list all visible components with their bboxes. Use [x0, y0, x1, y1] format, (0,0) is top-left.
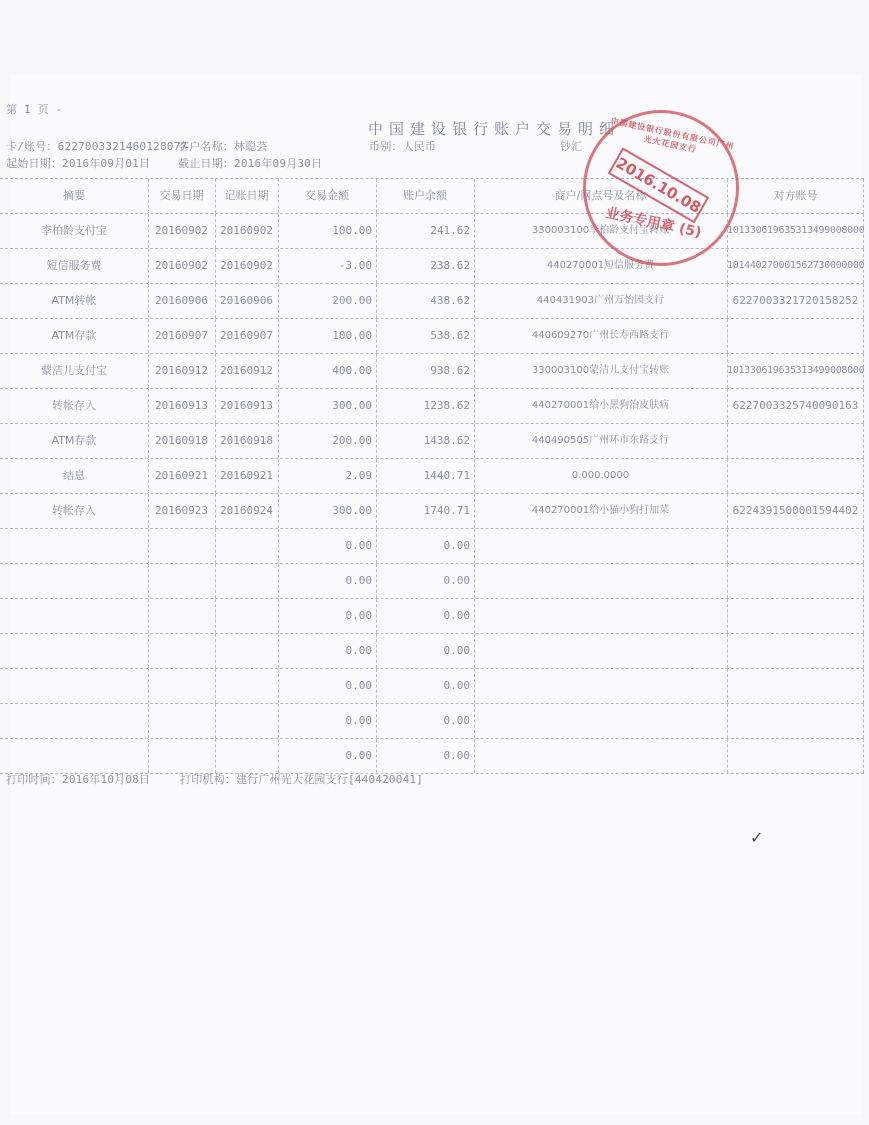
column-divider [278, 354, 279, 388]
start-date-value: 2016年09月01日 [62, 157, 150, 170]
cell-balance: 0.00 [376, 599, 474, 633]
cell-post-date: 20160918 [215, 424, 278, 458]
end-date-label: 截止日期： [178, 157, 234, 170]
transaction-table: 摘要交易日期记账日期交易金额账户余额商户/网点号及名称对方账号李柏龄支付宝201… [0, 178, 864, 774]
column-divider [215, 214, 216, 248]
cell-post-date [215, 564, 278, 598]
column-divider [863, 249, 864, 283]
cell-post-date: 20160902 [215, 249, 278, 283]
header-balance: 账户余额 [376, 179, 474, 213]
cell-post-date [215, 739, 278, 773]
column-divider [474, 179, 475, 213]
currency: 币别：人民币 [369, 138, 436, 154]
table-row: 蒙洁儿支付宝2016091220160912400.00938.62330003… [0, 354, 864, 389]
column-divider [278, 529, 279, 563]
column-divider [278, 704, 279, 738]
cell-balance: 0.00 [376, 669, 474, 703]
cell-trade-date: 20160902 [148, 249, 215, 283]
statement-title: 中国建设银行账户交易明细 [368, 118, 620, 139]
cell-merchant: 330003100蒙洁儿支付宝转账 [474, 354, 727, 388]
cell-summary [0, 564, 148, 598]
cell-post-date: 20160921 [215, 459, 278, 493]
column-divider [278, 634, 279, 668]
cell-merchant: 440270001给小黑狗治皮肤病 [474, 389, 727, 423]
cell-amount: 0.00 [278, 739, 376, 773]
cell-summary: 转帐存入 [0, 494, 148, 528]
cell-counterparty-account: 6224391500001594402 [727, 494, 864, 528]
column-divider [278, 459, 279, 493]
column-divider [376, 704, 377, 738]
print-org: 打印机构：建行广州光大花园支行[440420041] [180, 771, 423, 787]
table-row: 结息20160921201609212.091440.710.000.0000 [0, 459, 864, 494]
cell-counterparty-account [727, 459, 864, 493]
print-time: 打印时间：2016年10月08日 [6, 771, 150, 787]
column-divider [148, 319, 149, 353]
column-divider [863, 564, 864, 598]
column-divider [215, 284, 216, 318]
column-divider [863, 459, 864, 493]
cell-merchant: 440609270广州长寿西路支行 [474, 319, 727, 353]
column-divider [376, 284, 377, 318]
table-row: 0.000.00 [0, 599, 864, 634]
end-date: 截止日期：2016年09月30日 [178, 155, 322, 171]
column-divider [376, 529, 377, 563]
table-row: 转帐存入2016091320160913300.001238.624402700… [0, 389, 864, 424]
cell-amount: 300.00 [278, 389, 376, 423]
column-divider [376, 354, 377, 388]
column-divider [278, 284, 279, 318]
column-divider [148, 284, 149, 318]
customer-value: 林聪芸 [234, 140, 268, 153]
column-divider [278, 214, 279, 248]
cell-amount: 100.00 [278, 214, 376, 248]
column-divider [148, 214, 149, 248]
header-trade-date: 交易日期 [148, 179, 215, 213]
cell-trade-date [148, 634, 215, 668]
column-divider [278, 179, 279, 213]
header-amount: 交易金额 [278, 179, 376, 213]
column-divider [148, 354, 149, 388]
currency-value: 人民币 [403, 140, 437, 153]
table-header-row: 摘要交易日期记账日期交易金额账户余额商户/网点号及名称对方账号 [0, 178, 864, 214]
table-row: 0.000.00 [0, 634, 864, 669]
column-divider [215, 459, 216, 493]
cell-trade-date: 20160907 [148, 319, 215, 353]
column-divider [376, 669, 377, 703]
column-divider [215, 564, 216, 598]
column-divider [148, 634, 149, 668]
cell-merchant: 440270001短信服务费 [474, 249, 727, 283]
column-divider [215, 249, 216, 283]
table-row: 0.000.00 [0, 704, 864, 739]
column-divider [215, 529, 216, 563]
column-divider [863, 669, 864, 703]
cell-balance: 0.00 [376, 704, 474, 738]
column-divider [727, 459, 728, 493]
cell-summary: 短信服务费 [0, 249, 148, 283]
column-divider [376, 564, 377, 598]
column-divider [215, 389, 216, 423]
table-row: 0.000.00 [0, 669, 864, 704]
table-row: ATM转帐2016090620160906200.00438.624404319… [0, 284, 864, 319]
cell-trade-date [148, 564, 215, 598]
column-divider [148, 529, 149, 563]
column-divider [474, 739, 475, 773]
cell-merchant [474, 704, 727, 738]
column-divider [474, 669, 475, 703]
cell-summary [0, 634, 148, 668]
column-divider [474, 424, 475, 458]
cell-amount: 2.09 [278, 459, 376, 493]
column-divider [215, 319, 216, 353]
cell-post-date: 20160912 [215, 354, 278, 388]
column-divider [215, 599, 216, 633]
cell-summary [0, 704, 148, 738]
table-row: 0.000.00 [0, 739, 864, 774]
column-divider [863, 634, 864, 668]
column-divider [474, 494, 475, 528]
cell-balance: 938.62 [376, 354, 474, 388]
column-divider [863, 214, 864, 248]
cell-summary: 李柏龄支付宝 [0, 214, 148, 248]
column-divider [863, 529, 864, 563]
cell-summary: 蒙洁儿支付宝 [0, 354, 148, 388]
account-value: 6227003321460128077 [58, 140, 188, 153]
cell-post-date: 20160902 [215, 214, 278, 248]
column-divider [474, 459, 475, 493]
cell-counterparty-account [727, 669, 864, 703]
cell-trade-date [148, 529, 215, 563]
column-divider [863, 389, 864, 423]
column-divider [863, 319, 864, 353]
cell-post-date: 20160906 [215, 284, 278, 318]
column-divider [727, 354, 728, 388]
print-org-label: 打印机构： [180, 773, 236, 786]
cell-amount: -3.00 [278, 249, 376, 283]
column-divider [474, 214, 475, 248]
column-divider [148, 599, 149, 633]
column-divider [727, 634, 728, 668]
column-divider [278, 739, 279, 773]
column-divider [215, 669, 216, 703]
column-divider [376, 739, 377, 773]
cell-balance: 241.62 [376, 214, 474, 248]
column-divider [215, 494, 216, 528]
cell-trade-date: 20160902 [148, 214, 215, 248]
column-divider [727, 494, 728, 528]
cell-trade-date [148, 704, 215, 738]
column-divider [376, 494, 377, 528]
cell-trade-date: 20160906 [148, 284, 215, 318]
column-divider [148, 424, 149, 458]
cell-summary [0, 529, 148, 563]
column-divider [278, 249, 279, 283]
cell-summary [0, 599, 148, 633]
column-divider [278, 389, 279, 423]
cell-merchant [474, 599, 727, 633]
column-divider [376, 214, 377, 248]
column-divider [148, 739, 149, 773]
header-post-date: 记账日期 [215, 179, 278, 213]
cell-counterparty-account [727, 564, 864, 598]
column-divider [278, 599, 279, 633]
table-row: 李柏龄支付宝2016090220160902100.00241.62330003… [0, 214, 864, 249]
column-divider [863, 284, 864, 318]
column-divider [376, 249, 377, 283]
column-divider [148, 564, 149, 598]
column-divider [278, 564, 279, 598]
column-divider [474, 249, 475, 283]
cell-post-date [215, 529, 278, 563]
cell-merchant: 0.000.0000 [474, 459, 727, 493]
header-merchant: 商户/网点号及名称 [474, 179, 727, 213]
cell-counterparty-account [727, 634, 864, 668]
customer-name: 客户名称：林聪芸 [178, 138, 268, 154]
cell-counterparty-account [727, 424, 864, 458]
cell-summary: 转帐存入 [0, 389, 148, 423]
cell-balance: 238.62 [376, 249, 474, 283]
column-divider [215, 704, 216, 738]
customer-label: 客户名称： [178, 140, 234, 153]
cell-merchant: 330003100李柏龄支付宝转账 [474, 214, 727, 248]
table-row: 短信服务费2016090220160902-3.00238.6244027000… [0, 249, 864, 284]
column-divider [148, 389, 149, 423]
column-divider [215, 634, 216, 668]
column-divider [278, 319, 279, 353]
table-row: 0.000.00 [0, 564, 864, 599]
cell-amount: 0.00 [278, 564, 376, 598]
cell-counterparty-account [727, 319, 864, 353]
column-divider [863, 704, 864, 738]
column-divider [278, 494, 279, 528]
column-divider [863, 354, 864, 388]
column-divider [727, 389, 728, 423]
column-divider [376, 179, 377, 213]
column-divider [727, 319, 728, 353]
page-label: 第 1 页 - [6, 101, 63, 117]
cell-merchant [474, 739, 727, 773]
column-divider [376, 424, 377, 458]
cell-post-date [215, 669, 278, 703]
column-divider [474, 634, 475, 668]
cell-merchant [474, 634, 727, 668]
column-divider [278, 424, 279, 458]
cell-counterparty-account: 101330619635313499008000002 [727, 354, 864, 388]
cell-counterparty-account [727, 739, 864, 773]
column-divider [727, 529, 728, 563]
cell-post-date [215, 634, 278, 668]
column-divider [727, 284, 728, 318]
column-divider [727, 599, 728, 633]
cell-balance: 1238.62 [376, 389, 474, 423]
column-divider [215, 179, 216, 213]
cell-summary: ATM存款 [0, 424, 148, 458]
column-divider [376, 599, 377, 633]
column-divider [727, 179, 728, 213]
column-divider [727, 424, 728, 458]
cell-post-date [215, 599, 278, 633]
column-divider [727, 739, 728, 773]
cell-counterparty-account: 101440270001562730000000001 [727, 249, 864, 283]
cell-balance: 0.00 [376, 634, 474, 668]
cell-amount: 300.00 [278, 494, 376, 528]
column-divider [215, 354, 216, 388]
cell-post-date: 20160924 [215, 494, 278, 528]
cell-merchant [474, 529, 727, 563]
cell-trade-date: 20160912 [148, 354, 215, 388]
cell-trade-date [148, 739, 215, 773]
column-divider [474, 389, 475, 423]
account-number: 卡/账号：6227003321460128077 [6, 138, 187, 154]
table-row: ATM存款2016090720160907100.00538.624406092… [0, 319, 864, 354]
cell-post-date: 20160907 [215, 319, 278, 353]
column-divider [376, 319, 377, 353]
cell-trade-date: 20160913 [148, 389, 215, 423]
cell-counterparty-account [727, 529, 864, 563]
cell-trade-date: 20160921 [148, 459, 215, 493]
cell-amount: 400.00 [278, 354, 376, 388]
cell-summary [0, 669, 148, 703]
column-divider [148, 704, 149, 738]
column-divider [727, 669, 728, 703]
cell-balance: 0.00 [376, 529, 474, 563]
cell-balance: 1440.71 [376, 459, 474, 493]
cell-summary: 结息 [0, 459, 148, 493]
column-divider [863, 424, 864, 458]
column-divider [376, 389, 377, 423]
column-divider [148, 494, 149, 528]
cell-trade-date [148, 669, 215, 703]
column-divider [863, 599, 864, 633]
table-row: 转帐存入2016092320160924300.001740.714402700… [0, 494, 864, 529]
print-org-value: 建行广州光大花园支行[440420041] [236, 773, 423, 786]
cell-amount: 0.00 [278, 704, 376, 738]
cell-trade-date: 20160923 [148, 494, 215, 528]
account-label: 卡/账号： [6, 140, 58, 153]
column-divider [474, 599, 475, 633]
column-divider [376, 634, 377, 668]
start-date: 起始日期：2016年09月01日 [6, 155, 150, 171]
cell-merchant: 440490505广州环市东路支行 [474, 424, 727, 458]
start-date-label: 起始日期： [6, 157, 62, 170]
cell-balance: 438.62 [376, 284, 474, 318]
cell-amount: 0.00 [278, 634, 376, 668]
column-divider [474, 529, 475, 563]
cell-trade-date [148, 599, 215, 633]
column-divider [278, 669, 279, 703]
header-summary: 摘要 [0, 179, 148, 213]
cell-counterparty-account: 101330619635313499008000002 [727, 214, 864, 248]
column-divider [474, 284, 475, 318]
cell-balance: 0.00 [376, 564, 474, 598]
cell-amount: 0.00 [278, 529, 376, 563]
column-divider [727, 704, 728, 738]
table-row: ATM存款2016091820160918200.001438.62440490… [0, 424, 864, 459]
column-divider [727, 249, 728, 283]
end-date-value: 2016年09月30日 [234, 157, 322, 170]
print-time-value: 2016年10月08日 [62, 773, 150, 786]
column-divider [148, 179, 149, 213]
cell-amount: 200.00 [278, 424, 376, 458]
cell-balance: 1740.71 [376, 494, 474, 528]
cell-post-date: 20160913 [215, 389, 278, 423]
column-divider [727, 214, 728, 248]
cell-counterparty-account: 6227003325740090163 [727, 389, 864, 423]
cell-amount: 100.00 [278, 319, 376, 353]
column-divider [215, 424, 216, 458]
cell-merchant [474, 564, 727, 598]
cell-merchant: 440270001给小猫小狗打加菜 [474, 494, 727, 528]
column-divider [474, 319, 475, 353]
cell-amount: 0.00 [278, 669, 376, 703]
cell-merchant: 440431903广州万怡园支行 [474, 284, 727, 318]
cell-merchant [474, 669, 727, 703]
cell-counterparty-account [727, 599, 864, 633]
cell-counterparty-account: 6227003321720158252 [727, 284, 864, 318]
cell-post-date [215, 704, 278, 738]
column-divider [474, 704, 475, 738]
table-row: 0.000.00 [0, 529, 864, 564]
cell-summary: ATM转帐 [0, 284, 148, 318]
column-divider [863, 494, 864, 528]
cell-balance: 538.62 [376, 319, 474, 353]
print-time-label: 打印时间： [6, 773, 62, 786]
column-divider [148, 249, 149, 283]
column-divider [376, 459, 377, 493]
cell-summary [0, 739, 148, 773]
column-divider [474, 354, 475, 388]
cell-trade-date: 20160918 [148, 424, 215, 458]
currency-label: 币别： [369, 140, 403, 153]
checkmark-icon: ✓ [750, 828, 763, 847]
column-divider [148, 669, 149, 703]
cell-balance: 1438.62 [376, 424, 474, 458]
column-divider [863, 739, 864, 773]
column-divider [148, 459, 149, 493]
cell-balance: 0.00 [376, 739, 474, 773]
column-divider [474, 564, 475, 598]
cell-amount: 200.00 [278, 284, 376, 318]
cell-counterparty-account [727, 704, 864, 738]
cell-summary: ATM存款 [0, 319, 148, 353]
column-divider [215, 739, 216, 773]
cell-amount: 0.00 [278, 599, 376, 633]
column-divider [863, 179, 864, 213]
header-counterparty-account: 对方账号 [727, 179, 864, 213]
column-divider [727, 564, 728, 598]
cash-flag: 钞汇 [560, 138, 582, 154]
